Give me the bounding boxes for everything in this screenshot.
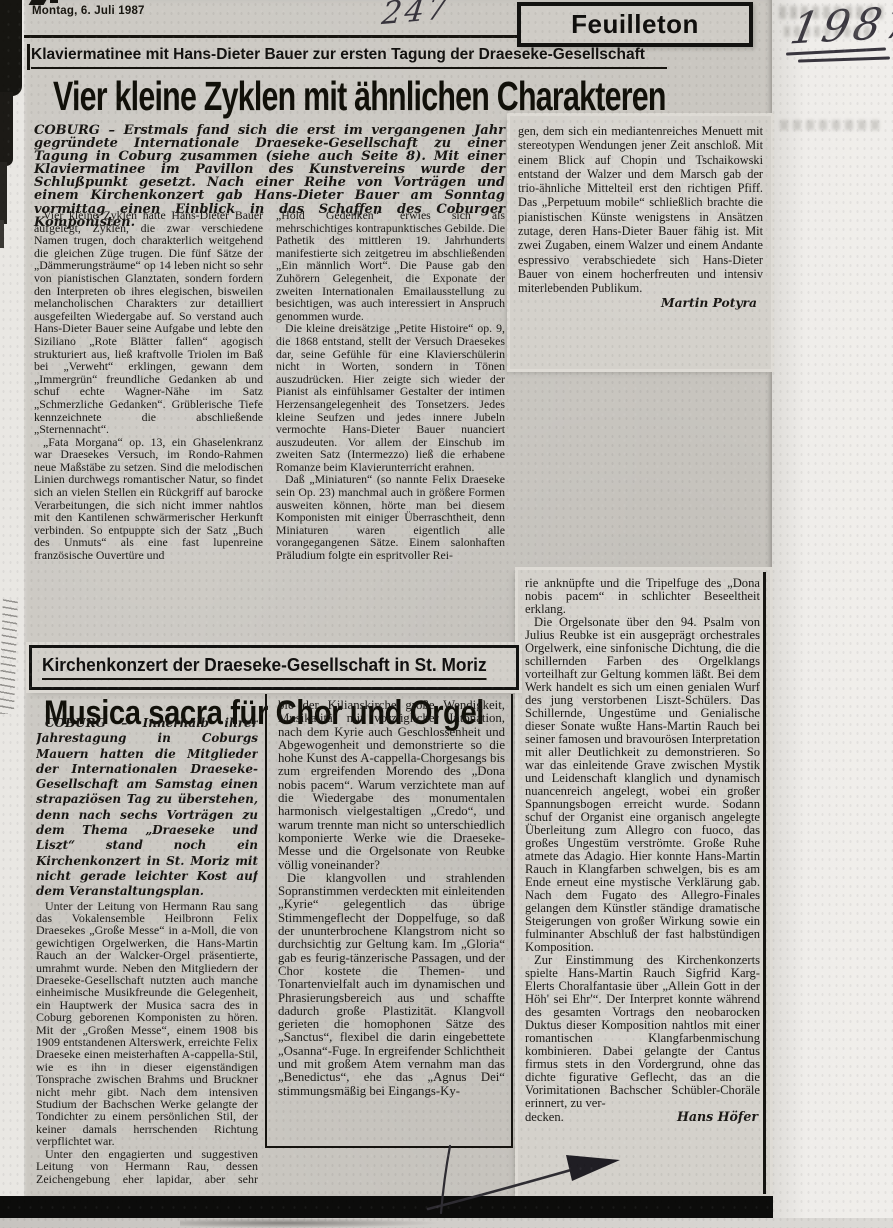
article2-column-1: COBURG – Innerhalb ihrer Jahrestagung in… [36,716,258,1186]
article2-column-3: rie anknüpfte und die Tripelfuge des „Do… [525,577,760,1189]
paragraph: Unter der Leitung von Hermann Rau sang d… [36,900,258,1148]
paragraph: gen, dem sich ein mediantenreiches Menue… [518,124,763,296]
paragraph: Unter den engagierten und suggestiven Le… [36,1148,258,1186]
margin-annotation-scribble [0,596,18,714]
paragraph: „Hold Gedenken“ erwies sich als mehrschi… [276,209,505,322]
article1-column-3: gen, dem sich ein mediantenreiches Menue… [518,124,763,362]
ink-smudge [0,162,7,224]
article2-kicker-box: Kirchenkonzert der Draeseke-Gesellschaft… [29,645,519,690]
article1-kicker: Klaviermatinee mit Hans-Dieter Bauer zur… [31,46,667,69]
header-rule [24,35,520,38]
paragraph: ble der Kilianskirche große Wendigkeit, … [278,699,505,872]
clipping-edge-rule [763,572,766,1194]
paragraph: rie anknüpfte und die Tripelfuge des „Do… [525,577,760,616]
ink-smudge [0,92,13,166]
print-bleedthrough [784,26,872,37]
article2-column-2: ble der Kilianskirche große Wendigkeit, … [278,699,505,1136]
paragraph: Vier kleine Zyklen hatte Hans-Dieter Bau… [34,209,263,436]
handwritten-arrow-icon [420,1143,625,1218]
paragraph: Daß „Miniaturen“ (so nannte Felix Draese… [276,473,505,561]
scan-smudge [180,1218,440,1228]
paragraph: Die kleine dreisätzige „Petite Histoire“… [276,322,505,473]
print-bleedthrough [779,6,883,19]
article2-lead: COBURG – Innerhalb ihrer Jahrestagung in… [36,716,258,900]
scan-bottom-strip [0,1218,893,1228]
paragraph: Die klangvollen und strahlenden Sopranst… [278,872,505,1098]
print-bleedthrough [780,120,880,130]
paragraph: Zur Einstimmung des Kirchenkonzerts spie… [525,954,760,1110]
ink-smudge [0,0,22,96]
paragraph: Die Orgelsonate über den 94. Psalm von J… [525,616,760,954]
section-title: Feuilleton [571,9,699,40]
article1-column-2: „Hold Gedenken“ erwies sich als mehrschi… [276,209,505,627]
column-rule-right [511,694,513,1146]
date-label: Montag, 6. Juli 1987 [32,5,145,17]
scan-bottom-bar [0,1196,773,1218]
page-right-margin [772,0,893,1228]
scanned-newspaper-page: { "page": { "date": "Montag, 6. Juli 198… [0,0,893,1228]
article1-author-signature: Martin Potyra [518,296,763,310]
article1-column-1: Vier kleine Zyklen hatte Hans-Dieter Bau… [34,209,263,621]
article2-author-signature: Hans Höfer [677,1110,760,1123]
article2-kicker: Kirchenkonzert der Draeseke-Gesellschaft… [42,655,487,680]
column-rule-left [265,694,267,1146]
ink-speck [29,0,47,5]
ink-smudge [0,220,4,248]
article2-last-line: decken. Hans Höfer [525,1110,760,1124]
section-box: Feuilleton [517,2,753,47]
ink-speck [50,0,58,3]
article1-headline: Vier kleine Zyklen mit ähnlichen Charakt… [53,73,666,120]
paragraph: „Fata Morgana“ op. 13, ein Ghaselenkranz… [34,436,263,562]
paragraph-end: decken. [525,1111,564,1124]
